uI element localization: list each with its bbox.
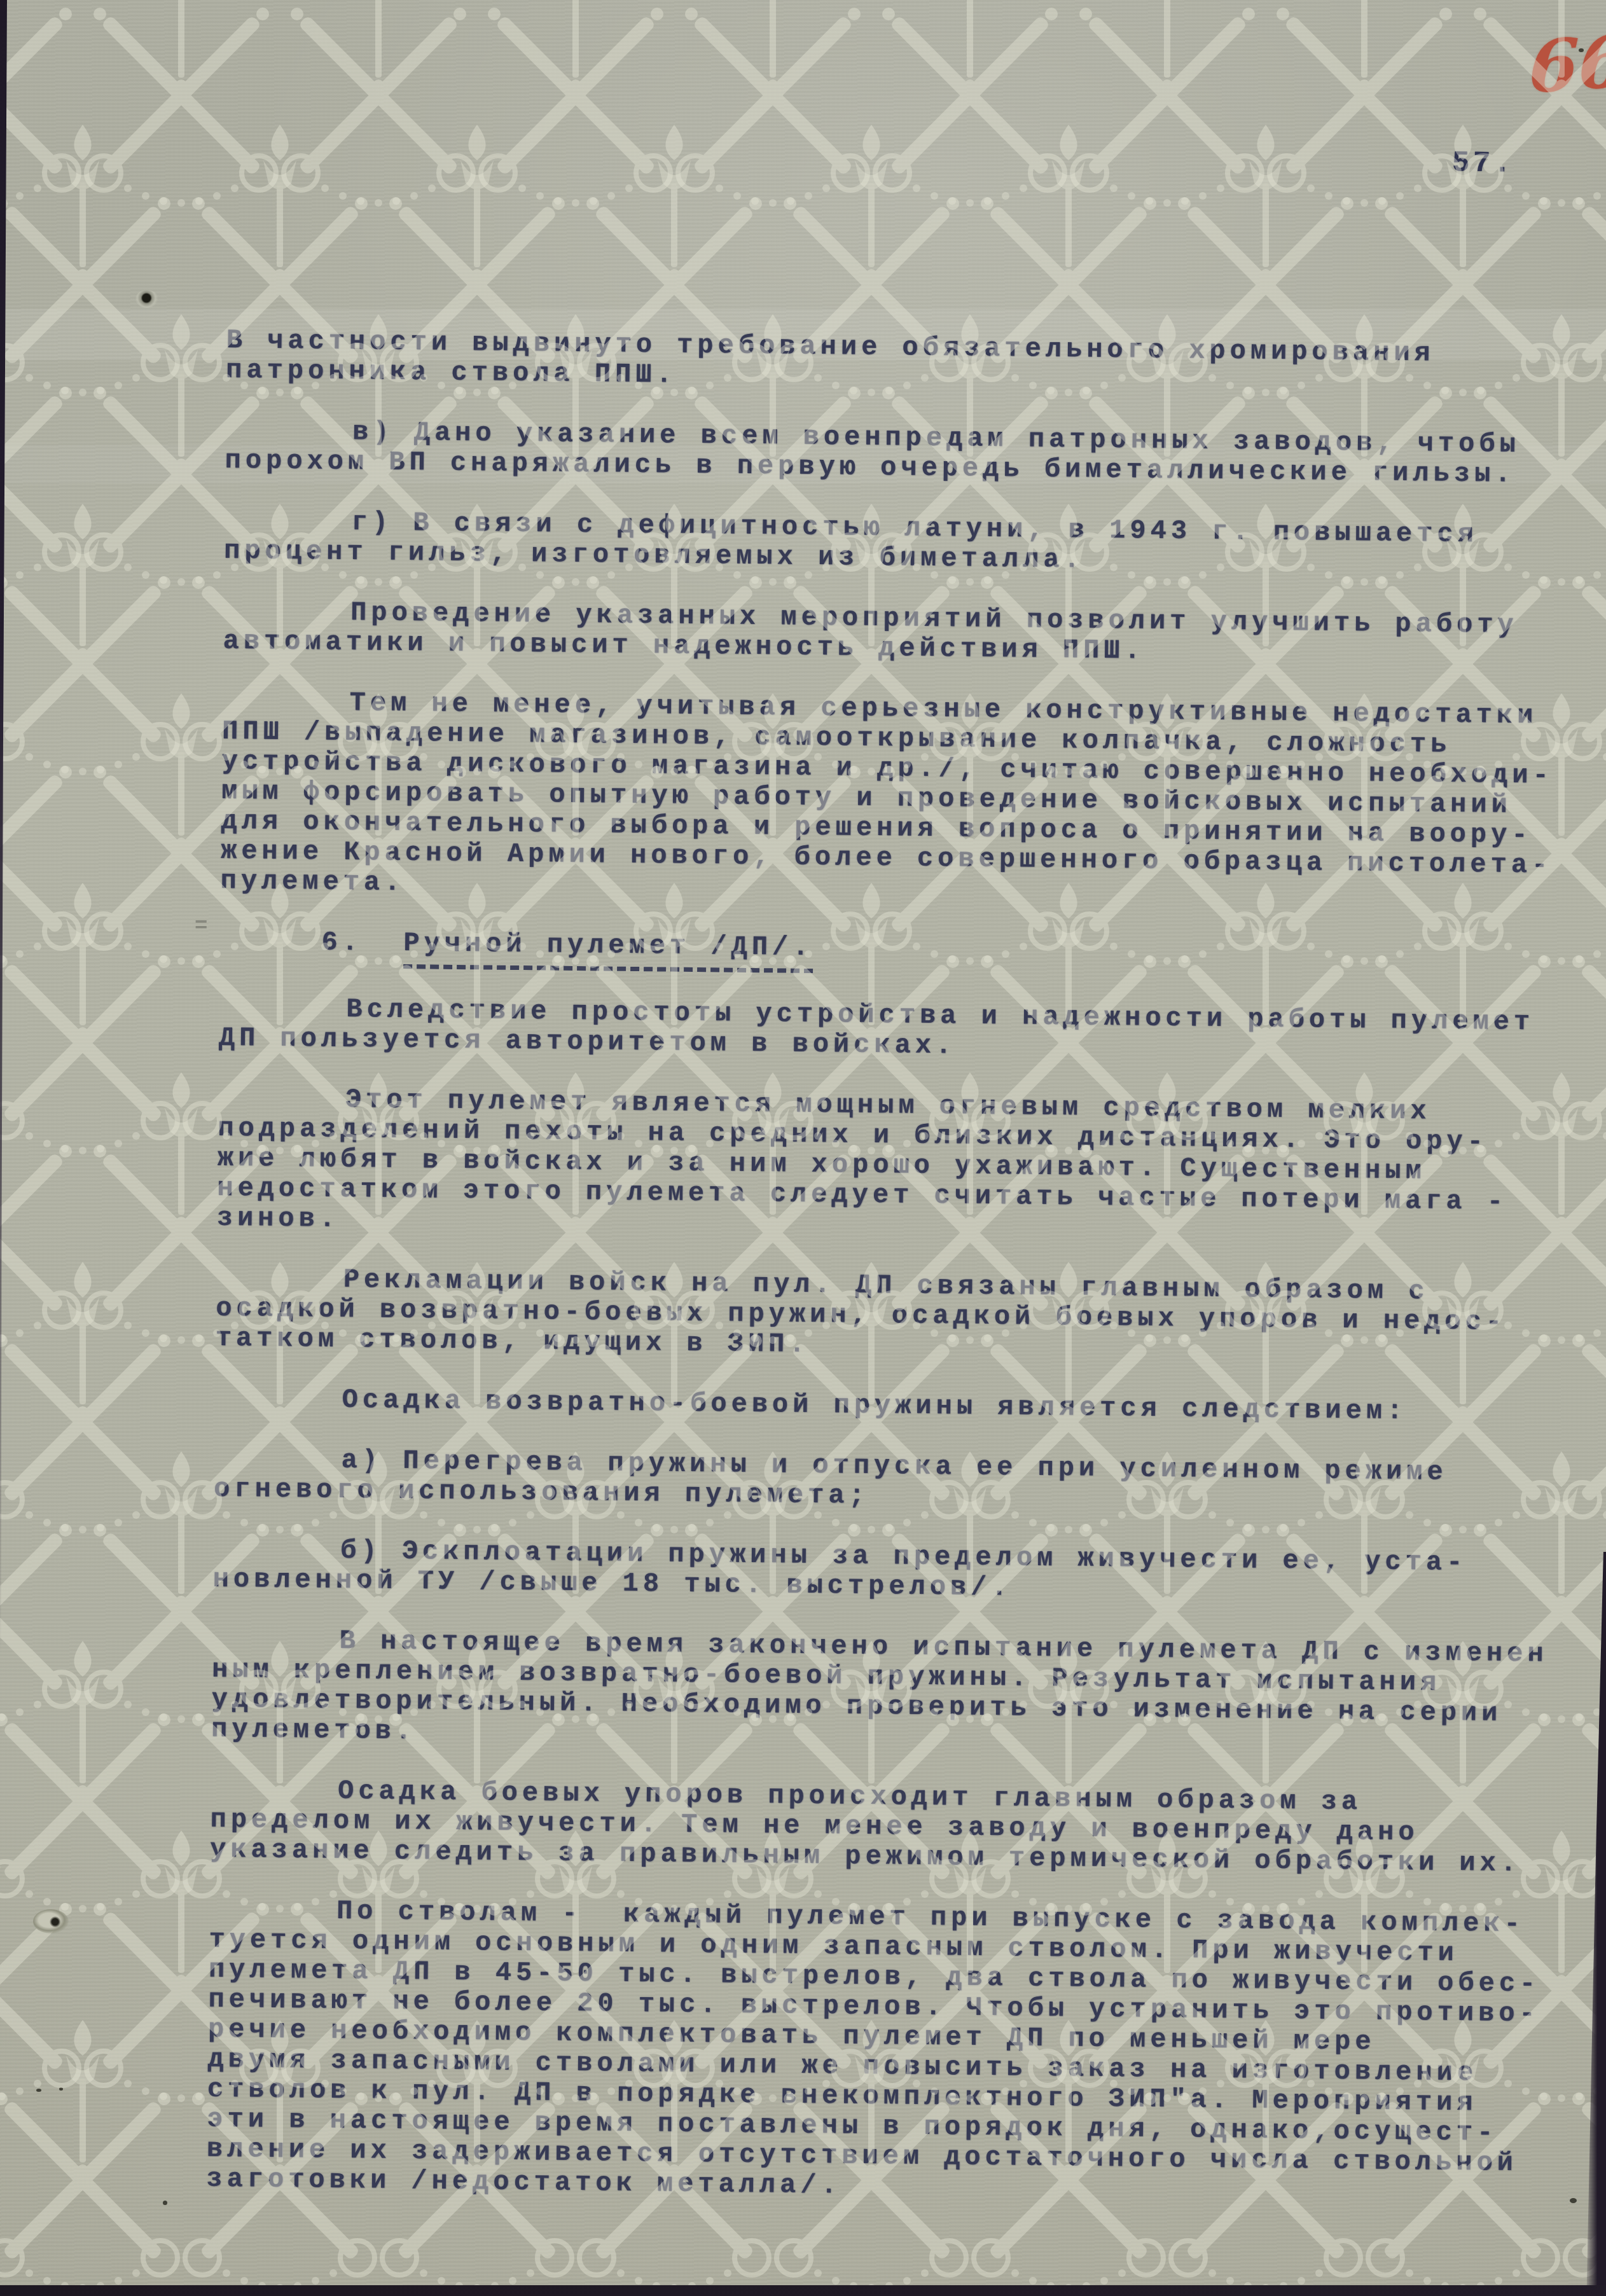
- paragraph: В настоящее время закончено испытание пу…: [211, 1625, 1595, 1760]
- paragraph: Рекламации войск на пул. ДП связаны глав…: [216, 1264, 1599, 1369]
- scan-edge-left: [0, 0, 7, 1654]
- paragraph: Этот пулемет является мощным огневым сре…: [217, 1084, 1601, 1248]
- ink-speck: [59, 2087, 63, 2091]
- paragraph: Проведение указанных мероприятий позволи…: [223, 597, 1606, 672]
- ink-speck: [163, 2201, 167, 2205]
- paragraph: Осадка возвратно-боевой пружины является…: [214, 1384, 1597, 1429]
- punch-hole: [135, 290, 158, 308]
- section-heading-title: Ручной пулемет /ДП/.: [403, 928, 813, 973]
- paragraph: б) Эскплоатации пружины за пределом живу…: [212, 1535, 1596, 1610]
- crossed-cannons-watermark: [0, 693, 79, 965]
- crossed-cannons-watermark: [0, 125, 177, 396]
- section-heading: 6. Ручной пулемет /ДП/.: [219, 927, 1602, 972]
- crossed-cannons-watermark: [678, 0, 868, 207]
- crossed-cannons-watermark: [0, 1830, 79, 2102]
- ink-speck: [36, 2089, 41, 2092]
- crossed-cannons-watermark: [0, 2020, 177, 2292]
- margin-pencil-mark: =: [195, 915, 207, 939]
- scan-edge-bottom: [0, 2285, 1606, 2296]
- page-number: 57.: [1452, 146, 1515, 181]
- crossed-cannons-watermark: [875, 0, 1065, 207]
- crossed-cannons-watermark: [87, 0, 276, 207]
- crossed-cannons-watermark: [0, 314, 79, 586]
- paragraph: г) В связи с дефицитностью латуни, в 194…: [224, 506, 1606, 581]
- crossed-cannons-watermark: [284, 0, 473, 207]
- crossed-cannons-watermark: [0, 883, 177, 1154]
- crossed-cannons-watermark: [0, 504, 177, 775]
- crossed-cannons-watermark: [0, 1641, 177, 1912]
- scanned-document-page: 66 57. = В частности выдвинуто требовани…: [0, 0, 1606, 2296]
- typewritten-text-block: В частности выдвинуто требование обязате…: [206, 326, 1606, 2239]
- crossed-cannons-watermark: [1270, 0, 1459, 207]
- crossed-cannons-watermark: [0, 1451, 79, 1723]
- crossed-cannons-watermark: [0, 1262, 177, 1533]
- crossed-cannons-watermark: [0, 0, 79, 207]
- paragraph: В частности выдвинуто требование обязате…: [226, 326, 1606, 401]
- paragraph: По стволам - каждый пулемет при выпуске …: [206, 1895, 1592, 2209]
- crossed-cannons-watermark: [0, 1072, 79, 1344]
- paragraph: Вследствие простоты устройства и надежно…: [219, 993, 1602, 1068]
- paragraph: Осадка боевых упоров происходит главным …: [210, 1775, 1593, 1880]
- paragraph: в) Дано указание всем военпредам патронн…: [225, 416, 1606, 491]
- ink-speck: [1570, 2198, 1577, 2203]
- punch-hole: [33, 1909, 69, 1933]
- crossed-cannons-watermark: [481, 0, 670, 207]
- section-number: 6.: [321, 927, 403, 958]
- crossed-cannons-watermark: [1072, 0, 1262, 207]
- ink-speck: [1579, 48, 1584, 52]
- paragraph: а) Перегрева пружины и отпуска ее при ус…: [214, 1444, 1597, 1519]
- paragraph: Тем не менее, учитывая серьезные констру…: [220, 687, 1605, 911]
- archival-mark-handwritten: 66: [1528, 19, 1606, 110]
